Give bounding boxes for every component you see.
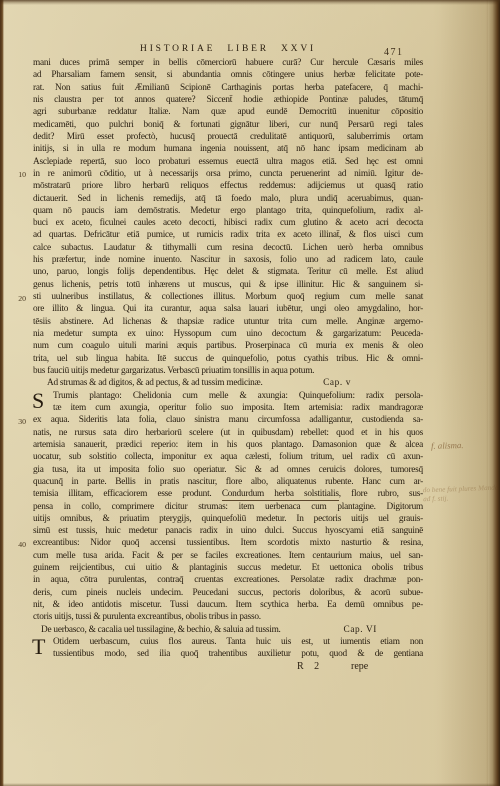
text-line: excreantibus: Nidor quoq̄ accensi tussie… xyxy=(33,537,423,549)
text-line: artemisia sanauerit, prædici reperio: it… xyxy=(33,439,423,451)
text-block: mani duces primā semper in bellis cōmerc… xyxy=(33,57,423,677)
text-line: deris, cum pineis nucleis undecim. Peuce… xyxy=(33,587,423,599)
text-line: genus lichenis, petris totū inhærens ut … xyxy=(33,279,423,291)
signature-line: R 2 repe xyxy=(33,661,423,674)
text-line: simū est tussis, huic medetur panacis ra… xyxy=(33,525,423,537)
chapter-heading-text: Ad strumas & ad digitos, & ad pectus, & … xyxy=(33,377,263,389)
text-line: cum melle tusa arida. Facit & per se fac… xyxy=(33,550,423,562)
chapter-heading: De uerbasco, & cacalia uel tussilagine, … xyxy=(33,624,423,636)
page-edge-top xyxy=(0,0,500,5)
text-line: ore illito & lingua. Qui ita curantur, a… xyxy=(33,303,423,315)
text-line: sti uulneribus instillatus, & collection… xyxy=(33,291,423,303)
text-line: quacunq̄ in parte. Bellis in pratis nasc… xyxy=(33,476,423,488)
text-line: ctoris uitijs, tussi & purulenta excrean… xyxy=(33,611,423,623)
chapter-number: Cap. v xyxy=(323,377,423,389)
text-line: ad Pharsaliam famem sensit, si abundanti… xyxy=(33,69,423,81)
text-line: tæ item cum axungia, operitur folio suo … xyxy=(33,402,443,414)
text-line: his præfertur, inde nomine inuento. Nasc… xyxy=(33,254,423,266)
text-line: mani duces primā semper in bellis cōmerc… xyxy=(33,57,423,69)
catchword: repe xyxy=(351,661,368,672)
text-line: nis claustra per tot annos quatere? Sicc… xyxy=(33,94,423,106)
text-line: guinem reijcientibus, cui uitio & planta… xyxy=(33,562,423,574)
text-line: bus fauciū uitijs medetur gargarizatus. … xyxy=(33,365,423,377)
text-line: natis, ne rursus sata diro herbariorū sc… xyxy=(33,427,423,439)
book-page-scan: HISTORIAE LIBER XXVI 471 mani duces prim… xyxy=(0,0,500,786)
chapter-number: Cap. VI xyxy=(344,624,423,636)
chapter-heading-text: De uerbasco, & cacalia uel tussilagine, … xyxy=(33,624,281,636)
text-line: uno, paruo, longis folijs dependentibus.… xyxy=(33,266,423,278)
underlined-phrase: Condurdum herba solstitialis xyxy=(222,489,339,501)
text-line: ad quartas. Defricātur etiā pumice, ut r… xyxy=(33,229,423,241)
text-line: dictauerit. Sed in lichenis remedijs, at… xyxy=(33,193,423,205)
text-line: uocatur, sub solstitio collecta, imponit… xyxy=(33,451,423,463)
line-number: 40 xyxy=(7,539,26,551)
text-line: medicamēti, quo pulchri boniq̄ & fortuna… xyxy=(33,119,423,131)
text-line: uitijs omnibus, & priuatim pterygijs, qu… xyxy=(33,513,423,525)
text-line: trita, uel sub lingua habita. Itē succus… xyxy=(33,353,423,365)
text-line: nit, & ideo antidotis miscetur. Tussi da… xyxy=(33,599,423,611)
text-line: nia medetur sumpta ex uino: Hyssopum cum… xyxy=(33,328,423,340)
page-edge-left xyxy=(0,0,4,786)
text-line: dedit? Mirū esset profectò, hucusq̄ prou… xyxy=(33,131,423,143)
text-line: calce subactus. Laudatur & tithymalli cu… xyxy=(33,242,423,254)
line-number: 20 xyxy=(7,293,26,305)
text-line: temisia illitam, efficaciorem esse produ… xyxy=(33,488,423,500)
text-line: rat. Non satius fuit Æmilianū Scipionē C… xyxy=(33,82,423,94)
paper: HISTORIAE LIBER XXVI 471 mani duces prim… xyxy=(0,0,500,786)
text-line: Asclepiade repertā, suo loco probaturi e… xyxy=(33,156,423,168)
text-line: agri suburbanæ reddatur Italiæ. Nam quæ … xyxy=(33,106,423,118)
line-number: 30 xyxy=(7,416,26,428)
text-line: gia tusa, ita ut imposita folio suo oper… xyxy=(33,464,423,476)
text-line: Trumis plantago: Chelidonia cum melle & … xyxy=(33,390,443,402)
text-line: buci ex aceto, ficulnei caules aceto dec… xyxy=(33,217,423,229)
text-line: in re animorū cōditio, ut à necessarijs … xyxy=(33,168,423,180)
text-line: tēsiis abstinere. Ad lichenas & thapsiæ … xyxy=(33,316,423,328)
signature-mark: R 2 xyxy=(297,661,323,672)
text-line: num cum coagulo uituli marini æquis part… xyxy=(33,340,423,352)
line-number: 10 xyxy=(7,169,26,181)
text-line: initijs, si in ulla re modum humana inge… xyxy=(33,143,423,155)
text-line: ex aqua. Sideritis lata folia, clauo sin… xyxy=(33,414,423,426)
text-line: quam nō paucis iam demōstratis. Medetur … xyxy=(33,205,423,217)
text-line: in aqua, cōtra purulentas, contraq̄ crue… xyxy=(33,574,423,586)
binding-edge xyxy=(486,0,500,786)
text-line: Otidem uerbascum, cuius flos aureus. Tan… xyxy=(33,636,443,648)
text-line: tussientibus modo, sed ilia quoq̄ trahen… xyxy=(33,648,443,660)
text-line: mōstratarū priore libro herbarū reliquos… xyxy=(33,180,423,192)
text-line: pensa in collo, comprimere dicitur strum… xyxy=(33,501,423,513)
chapter-heading: Ad strumas & ad digitos, & ad pectus, & … xyxy=(33,377,423,389)
